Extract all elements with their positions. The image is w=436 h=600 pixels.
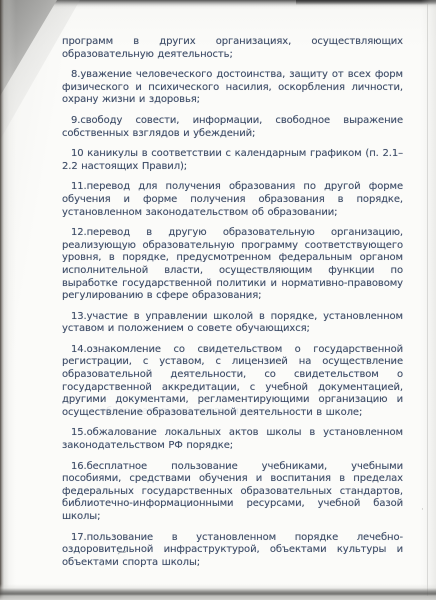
paragraph: 12.перевод в другую образовательную орга… bbox=[62, 227, 403, 303]
paragraph: 15.обжалование локальных актов школы в у… bbox=[62, 427, 403, 452]
paragraph: 9.свободу совести, информации, свободное… bbox=[62, 115, 403, 140]
scanned-page: программ в других организациях, осуществ… bbox=[0, 0, 436, 600]
paragraph: 10 каникулы в соответствии с календарным… bbox=[62, 148, 403, 173]
scan-edge-bottom bbox=[0, 584, 436, 600]
scan-edge-left bbox=[0, 0, 16, 600]
document-text: программ в других организациях, осуществ… bbox=[62, 36, 403, 577]
bleed-through-text: образовательной программы bbox=[100, 406, 255, 417]
paragraph: 16.бесплатное пользование учебниками, уч… bbox=[62, 461, 403, 524]
scan-edge-top-right bbox=[296, 0, 436, 5]
scan-speck: · bbox=[421, 505, 424, 515]
paragraph: 17.пользование в установленном порядке л… bbox=[62, 532, 403, 570]
paragraph: 11.перевод для получения образования по … bbox=[62, 181, 403, 219]
page-fold-line bbox=[427, 4, 428, 596]
paragraph: 8.уважение человеческого достоинства, за… bbox=[62, 69, 403, 107]
paragraph: 13.участие в управлении школой в порядке… bbox=[62, 311, 403, 336]
paragraph: программ в других организациях, осуществ… bbox=[62, 36, 403, 61]
